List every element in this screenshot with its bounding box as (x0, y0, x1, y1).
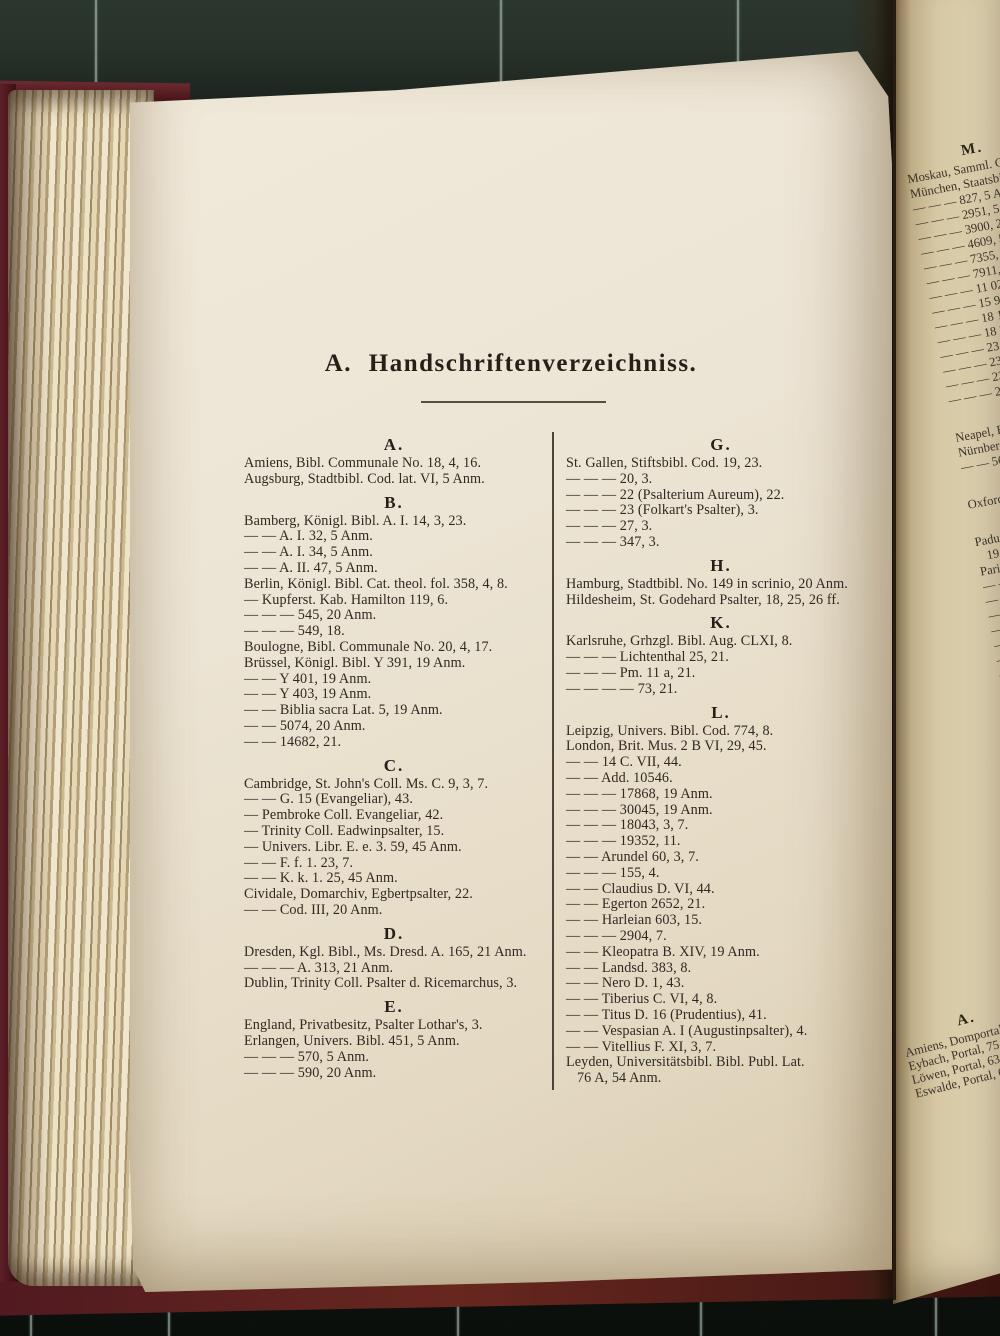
index-entry: St. Gallen, Stiftsbibl. Cod. 19, 23. (566, 456, 876, 472)
index-entry: — — Landsd. 383, 8. (566, 961, 876, 977)
book-photo-scene: A. Handschriftenverzeichniss. A. Amiens,… (0, 0, 1000, 1336)
section-header: E. (244, 998, 544, 1015)
index-entry: — — Claudius D. VI, 44. (566, 882, 876, 898)
index-entry: — Trinity Coll. Eadwinpsalter, 15. (244, 824, 544, 840)
section-header: K. (566, 614, 876, 631)
column-divider-rule (552, 432, 554, 1090)
page-title: A. Handschriftenverzeichniss. (130, 350, 892, 378)
index-entry: — — Nero D. 1, 43. (566, 976, 876, 992)
index-entry: — — 14 C. VII, 44. (566, 755, 876, 771)
index-entry: — Univers. Libr. E. e. 3. 59, 45 Anm. (244, 840, 544, 856)
section-header: D. (244, 925, 544, 942)
index-entry: — — — 155, 4. (566, 866, 876, 882)
index-section: E. England, Privatbesitz, Psalter Lothar… (244, 998, 544, 1081)
index-entry: — — — 590, 20 Anm. (244, 1066, 544, 1082)
index-entry: — — Add. 10546. (566, 771, 876, 787)
index-entry: — — Y 403, 19 Anm. (244, 687, 544, 703)
index-column-right: G. St. Gallen, Stiftsbibl. Cod. 19, 23.—… (566, 430, 876, 1087)
index-entry: — — — 22 (Psalterium Aureum), 22. (566, 488, 876, 504)
index-entry: Bamberg, Königl. Bibl. A. I. 14, 3, 23. (244, 514, 544, 530)
index-entry: — — — 19352, 11. (566, 834, 876, 850)
index-entry: — — — A. 313, 21 Anm. (244, 961, 544, 977)
index-entry: London, Brit. Mus. 2 B VI, 29, 45. (566, 739, 876, 755)
section-header: C. (244, 757, 544, 774)
index-entry: Berlin, Königl. Bibl. Cat. theol. fol. 3… (244, 577, 544, 593)
section-entries: St. Gallen, Stiftsbibl. Cod. 19, 23.— — … (566, 456, 876, 551)
index-entry: Augsburg, Stadtbibl. Cod. lat. VI, 5 Anm… (244, 472, 544, 488)
index-section: G. St. Gallen, Stiftsbibl. Cod. 19, 23.—… (566, 436, 876, 551)
index-entry: Cividale, Domarchiv, Egbertpsalter, 22. (244, 887, 544, 903)
section-entries: Amiens, Bibl. Communale No. 18, 4, 16.Au… (244, 456, 544, 488)
index-entry: Boulogne, Bibl. Communale No. 20, 4, 17. (244, 640, 544, 656)
index-entry: — — Titus D. 16 (Prudentius), 41. (566, 1008, 876, 1024)
index-entry: — — — 2904, 7. (566, 929, 876, 945)
index-section: B. Bamberg, Königl. Bibl. A. I. 14, 3, 2… (244, 494, 544, 751)
index-entry: — — Harleian 603, 15. (566, 913, 876, 929)
index-entry: Brüssel, Königl. Bibl. Y 391, 19 Anm. (244, 656, 544, 672)
index-entry: — — K. k. 1. 25, 45 Anm. (244, 871, 544, 887)
index-entry: — — Vespasian A. I (Augustinpsalter), 4. (566, 1024, 876, 1040)
index-entry: — — — 23 (Folkart's Psalter), 3. (566, 503, 876, 519)
section-entries: Bamberg, Königl. Bibl. A. I. 14, 3, 23.—… (244, 514, 544, 751)
section-entries: Cambridge, St. John's Coll. Ms. C. 9, 3,… (244, 777, 544, 919)
index-entry: — — — 30045, 19 Anm. (566, 803, 876, 819)
section-header: G. (566, 436, 876, 453)
index-entry: — — A. I. 32, 5 Anm. (244, 529, 544, 545)
index-entry: — — 5074, 20 Anm. (244, 719, 544, 735)
index-entry: — — A. I. 34, 5 Anm. (244, 545, 544, 561)
index-entry: Leyden, Universitätsbibl. Bibl. Publ. La… (566, 1055, 876, 1071)
index-entry: Hamburg, Stadtbibl. No. 149 in scrinio, … (566, 577, 876, 593)
index-entry: — — — 27, 3. (566, 519, 876, 535)
index-entry: Leipzig, Univers. Bibl. Cod. 774, 8. (566, 724, 876, 740)
section-entries: Dresden, Kgl. Bibl., Ms. Dresd. A. 165, … (244, 945, 544, 992)
index-entry: — — — Pm. 11 a, 21. (566, 666, 876, 682)
index-entry: — — F. f. 1. 23, 7. (244, 856, 544, 872)
index-entry: — — — 20, 3. (566, 472, 876, 488)
index-entry: — — G. 15 (Evangeliar), 43. (244, 792, 544, 808)
index-entry: Hildesheim, St. Godehard Psalter, 18, 25… (566, 593, 876, 609)
index-entry: — — Kleopatra B. XIV, 19 Anm. (566, 945, 876, 961)
index-section: D. Dresden, Kgl. Bibl., Ms. Dresd. A. 16… (244, 925, 544, 992)
index-entry: — — Vitellius F. XI, 3, 7. (566, 1040, 876, 1056)
section-entries: England, Privatbesitz, Psalter Lothar's,… (244, 1018, 544, 1081)
index-section: L. Leipzig, Univers. Bibl. Cod. 774, 8.L… (566, 704, 876, 1087)
section-entries: Hamburg, Stadtbibl. No. 149 in scrinio, … (566, 577, 876, 609)
index-section: K. Karlsruhe, Grhzgl. Bibl. Aug. CLXI, 8… (566, 614, 876, 697)
index-entry: — — Arundel 60, 3, 7. (566, 850, 876, 866)
index-entry: — — Cod. III, 20 Anm. (244, 903, 544, 919)
index-entry: — — Tiberius C. VI, 4, 8. (566, 992, 876, 1008)
index-entry: Amiens, Bibl. Communale No. 18, 4, 16. (244, 456, 544, 472)
section-entries: Karlsruhe, Grhzgl. Bibl. Aug. CLXI, 8.— … (566, 634, 876, 697)
index-entry: — — — 570, 5 Anm. (244, 1050, 544, 1066)
index-entry: — Pembroke Coll. Evangeliar, 42. (244, 808, 544, 824)
section-header: H. (566, 557, 876, 574)
index-section: H. Hamburg, Stadtbibl. No. 149 in scrini… (566, 557, 876, 609)
index-entry: Dresden, Kgl. Bibl., Ms. Dresd. A. 165, … (244, 945, 544, 961)
tile-grout-line (500, 0, 502, 88)
index-entry: Dublin, Trinity Coll. Psalter d. Ricemar… (244, 976, 544, 992)
index-column-left: A. Amiens, Bibl. Communale No. 18, 4, 16… (244, 430, 544, 1081)
index-section: A. Amiens, Bibl. Communale No. 18, 4, 16… (244, 436, 544, 488)
section-header: L. (566, 704, 876, 721)
index-entry: — — — 17868, 19 Anm. (566, 787, 876, 803)
index-entry: Cambridge, St. John's Coll. Ms. C. 9, 3,… (244, 777, 544, 793)
index-entry: — — A. II. 47, 5 Anm. (244, 561, 544, 577)
index-entry: — — — — 73, 21. (566, 682, 876, 698)
index-entry: — — — 549, 18. (244, 624, 544, 640)
index-entry: Erlangen, Univers. Bibl. 451, 5 Anm. (244, 1034, 544, 1050)
index-entry: — — — 347, 3. (566, 535, 876, 551)
index-entry: England, Privatbesitz, Psalter Lothar's,… (244, 1018, 544, 1034)
index-entry: — Kupferst. Kab. Hamilton 119, 6. (244, 593, 544, 609)
index-entry: 76 A, 54 Anm. (566, 1071, 876, 1087)
tile-grout-line (95, 0, 97, 92)
index-section: C. Cambridge, St. John's Coll. Ms. C. 9,… (244, 757, 544, 919)
main-page: A. Handschriftenverzeichniss. A. Amiens,… (130, 40, 892, 1292)
index-entry: Karlsruhe, Grhzgl. Bibl. Aug. CLXI, 8. (566, 634, 876, 650)
index-entry: — — — 18043, 3, 7. (566, 818, 876, 834)
section-header: A. (244, 436, 544, 453)
index-entry: — — 14682, 21. (244, 735, 544, 751)
index-entry: — — — 545, 20 Anm. (244, 608, 544, 624)
index-entry: — — Biblia sacra Lat. 5, 19 Anm. (244, 703, 544, 719)
index-entry: — — — Lichtenthal 25, 21. (566, 650, 876, 666)
index-entry: — — Y 401, 19 Anm. (244, 672, 544, 688)
title-rule (421, 401, 606, 403)
section-entries: Leipzig, Univers. Bibl. Cod. 774, 8.Lond… (566, 724, 876, 1087)
section-header: B. (244, 494, 544, 511)
index-entry: — — Egerton 2652, 21. (566, 897, 876, 913)
